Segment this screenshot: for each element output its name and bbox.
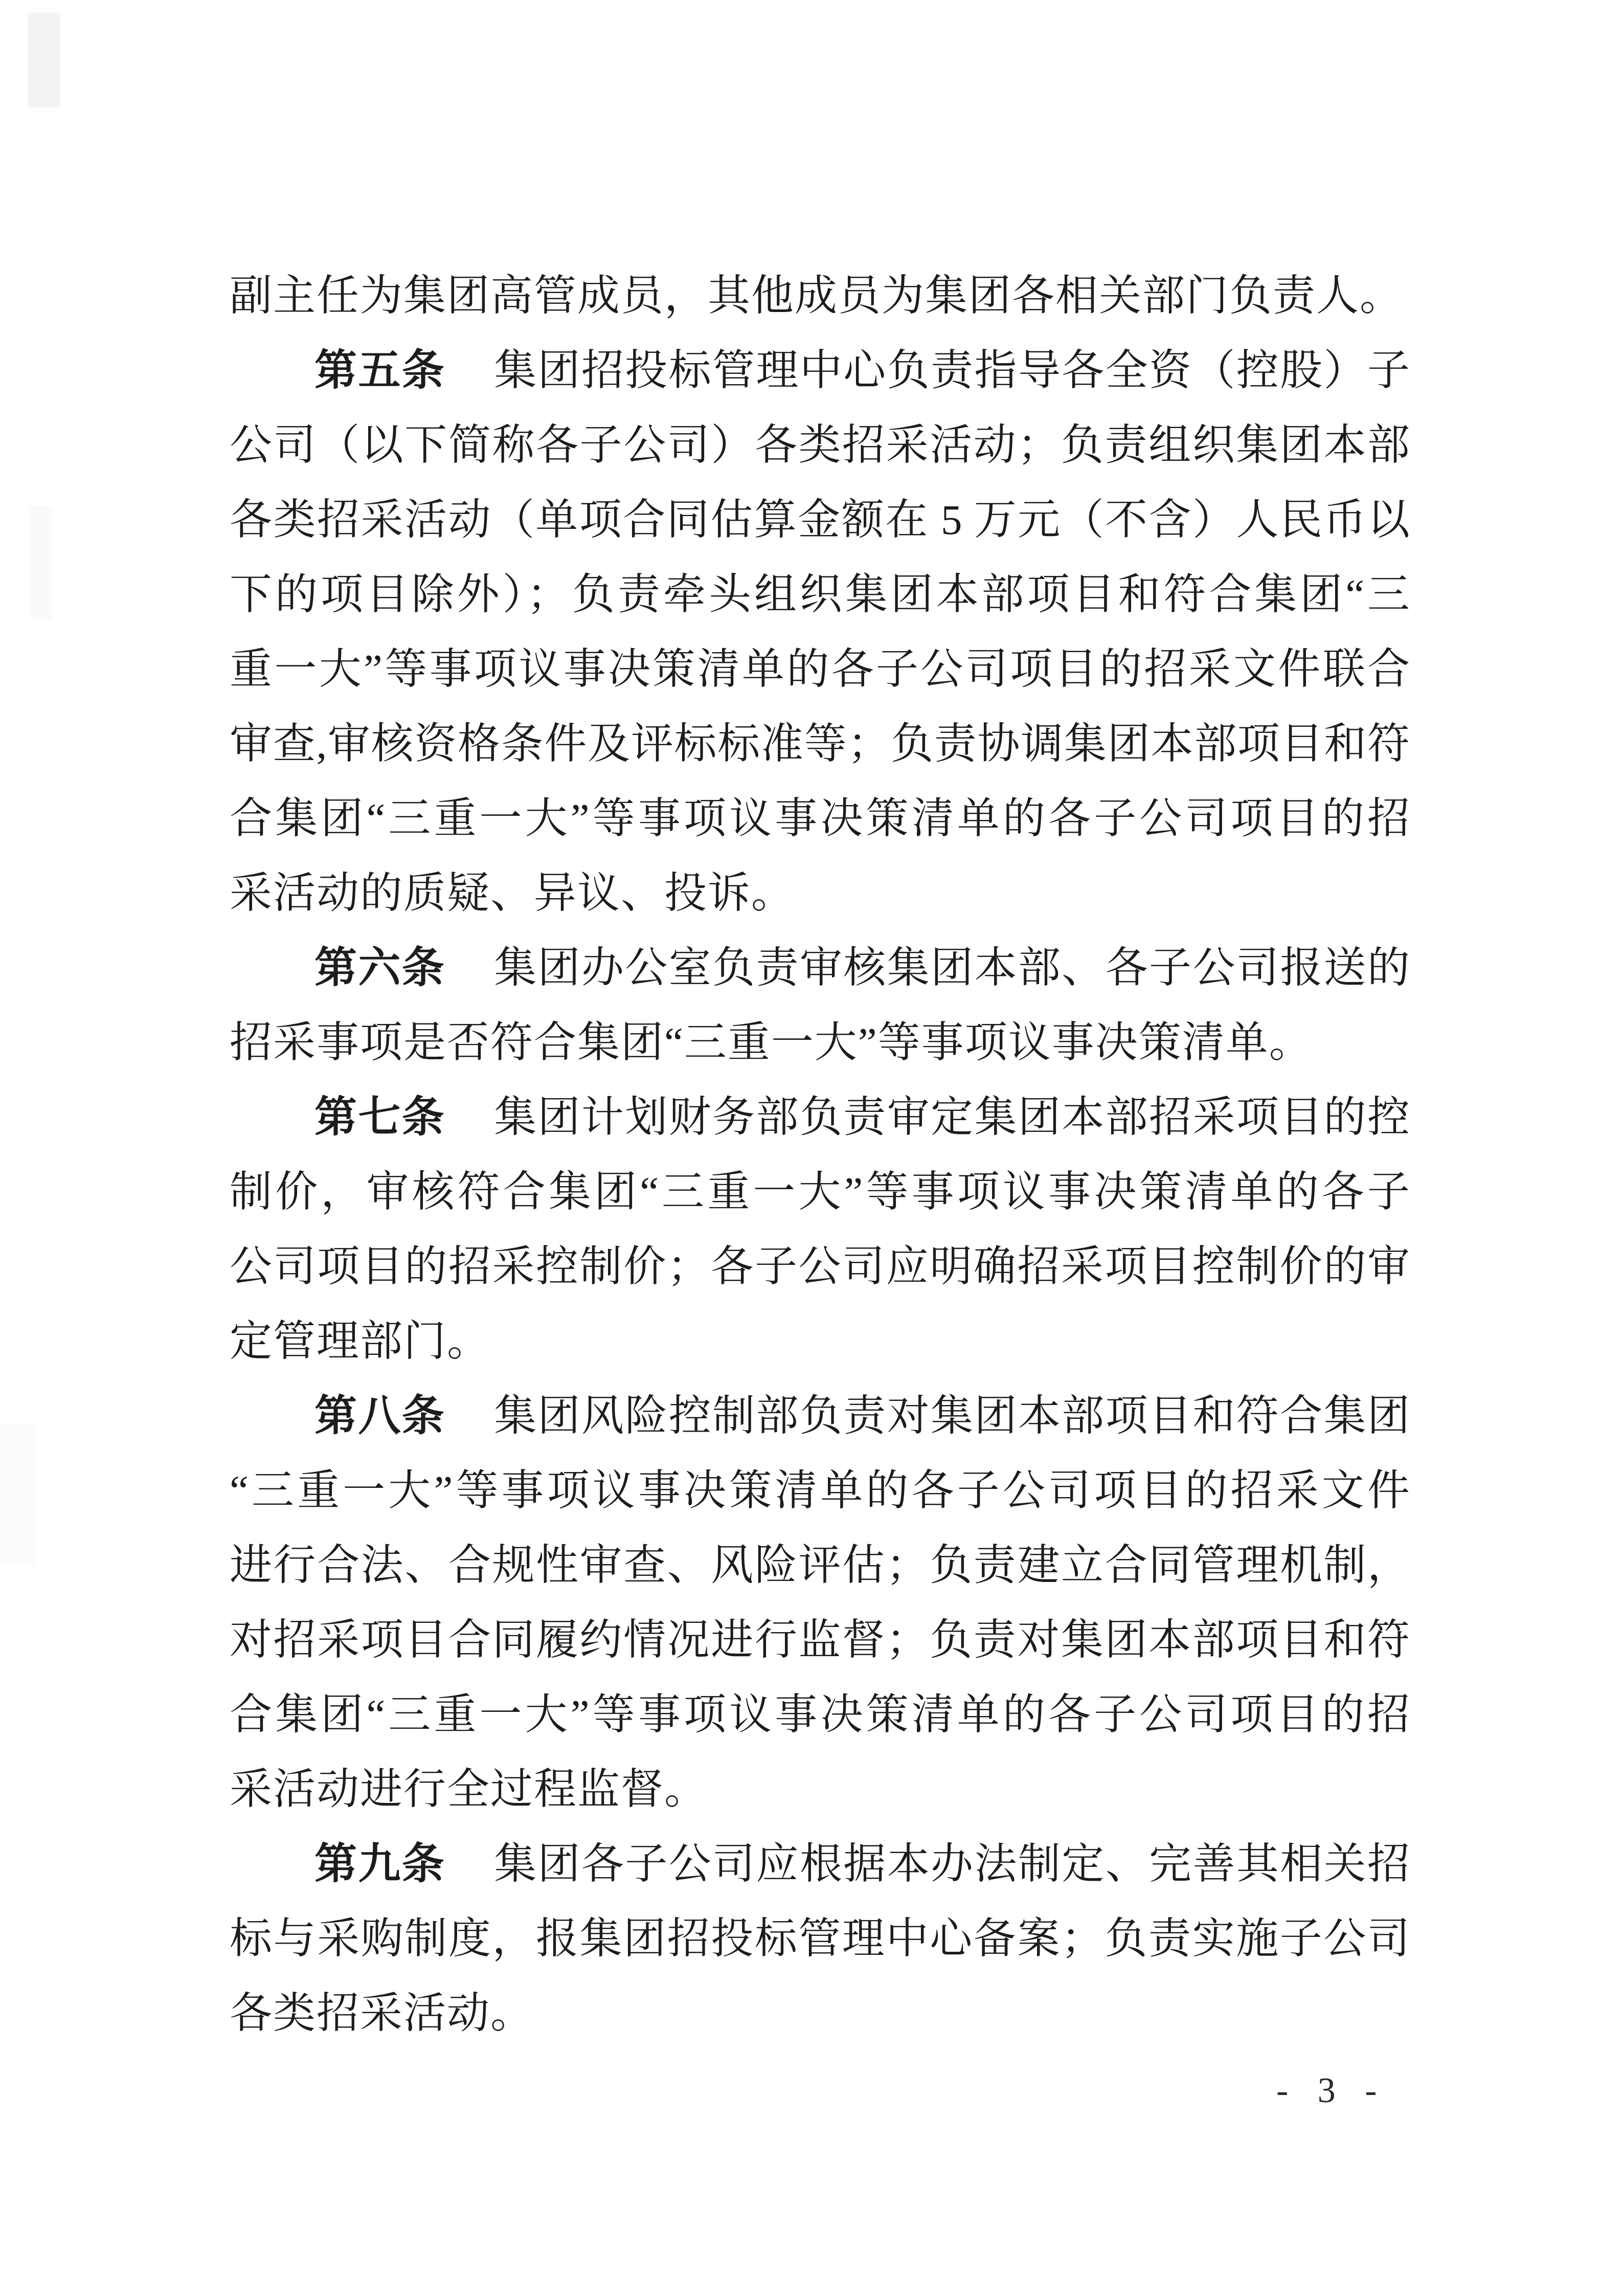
document-body: 副主任为集团高管成员，其他成员为集团各相关部门负责人。第五条集团招投标管理中心负… bbox=[230, 258, 1410, 2050]
article-number: 第六条 bbox=[314, 944, 445, 991]
text-line: 第八条集团风险控制部负责对集团本部项目和符合集团 bbox=[230, 1378, 1410, 1453]
text-line: 第七条集团计划财务部负责审定集团本部招采项目的控 bbox=[230, 1080, 1410, 1154]
page-number: - 3 - bbox=[1276, 2065, 1387, 2116]
text-line: 审查,审核资格条件及评标标准等；负责协调集团本部项目和符 bbox=[230, 706, 1410, 781]
text-line: 对招采项目合同履约情况进行监督；负责对集团本部项目和符 bbox=[230, 1602, 1410, 1677]
article-number: 第五条 bbox=[314, 347, 445, 394]
text-line: 合集团“三重一大”等事项议事决策清单的各子公司项目的招 bbox=[230, 1677, 1410, 1752]
text-line: 招采事项是否符合集团“三重一大”等事项议事决策清单。 bbox=[230, 1005, 1410, 1080]
article-number: 第七条 bbox=[314, 1094, 445, 1141]
scan-artifact bbox=[28, 13, 60, 107]
text-line: “三重一大”等事项议事决策清单的各子公司项目的招采文件 bbox=[230, 1453, 1410, 1528]
article-first-line-text: 集团招投标管理中心负责指导各全资（控股）子 bbox=[494, 347, 1410, 394]
article-first-line-text: 集团各子公司应根据本办法制定、完善其相关招 bbox=[494, 1840, 1410, 1887]
text-line: 公司（以下简称各子公司）各类招采活动；负责组织集团本部 bbox=[230, 408, 1410, 482]
text-line: 定管理部门。 bbox=[230, 1304, 1410, 1378]
text-line: 公司项目的招采控制价；各子公司应明确招采项目控制价的审 bbox=[230, 1229, 1410, 1304]
text-line: 标与采购制度，报集团招投标管理中心备案；负责实施子公司 bbox=[230, 1901, 1410, 1976]
document-page: 副主任为集团高管成员，其他成员为集团各相关部门负责人。第五条集团招投标管理中心负… bbox=[0, 0, 1623, 2296]
text-line: 各类招采活动（单项合同估算金额在 5 万元（不含）人民币以 bbox=[230, 482, 1410, 557]
article-first-line-text: 集团计划财务部负责审定集团本部招采项目的控 bbox=[494, 1094, 1410, 1141]
text-line: 制价，审核符合集团“三重一大”等事项议事决策清单的各子 bbox=[230, 1154, 1410, 1229]
text-line: 采活动进行全过程监督。 bbox=[230, 1752, 1410, 1826]
article-first-line-text: 集团办公室负责审核集团本部、各子公司报送的 bbox=[494, 944, 1410, 991]
text-line: 第五条集团招投标管理中心负责指导各全资（控股）子 bbox=[230, 333, 1410, 408]
article-first-line-text: 集团风险控制部负责对集团本部项目和符合集团 bbox=[494, 1392, 1410, 1439]
text-line: 采活动的质疑、异议、投诉。 bbox=[230, 856, 1410, 930]
article-number: 第八条 bbox=[314, 1392, 445, 1439]
text-line: 下的项目除外）；负责牵头组织集团本部项目和符合集团“三 bbox=[230, 557, 1410, 632]
text-line: 合集团“三重一大”等事项议事决策清单的各子公司项目的招 bbox=[230, 781, 1410, 856]
text-line: 进行合法、合规性审查、风险评估；负责建立合同管理机制， bbox=[230, 1528, 1410, 1602]
text-line: 第六条集团办公室负责审核集团本部、各子公司报送的 bbox=[230, 930, 1410, 1005]
text-line: 第九条集团各子公司应根据本办法制定、完善其相关招 bbox=[230, 1826, 1410, 1901]
text-line: 各类招采活动。 bbox=[230, 1976, 1410, 2050]
article-number: 第九条 bbox=[314, 1840, 445, 1887]
scan-artifact bbox=[31, 506, 52, 619]
text-line: 重一大”等事项议事决策清单的各子公司项目的招采文件联合 bbox=[230, 632, 1410, 706]
text-line: 副主任为集团高管成员，其他成员为集团各相关部门负责人。 bbox=[230, 258, 1410, 333]
scan-artifact bbox=[0, 1424, 36, 1565]
